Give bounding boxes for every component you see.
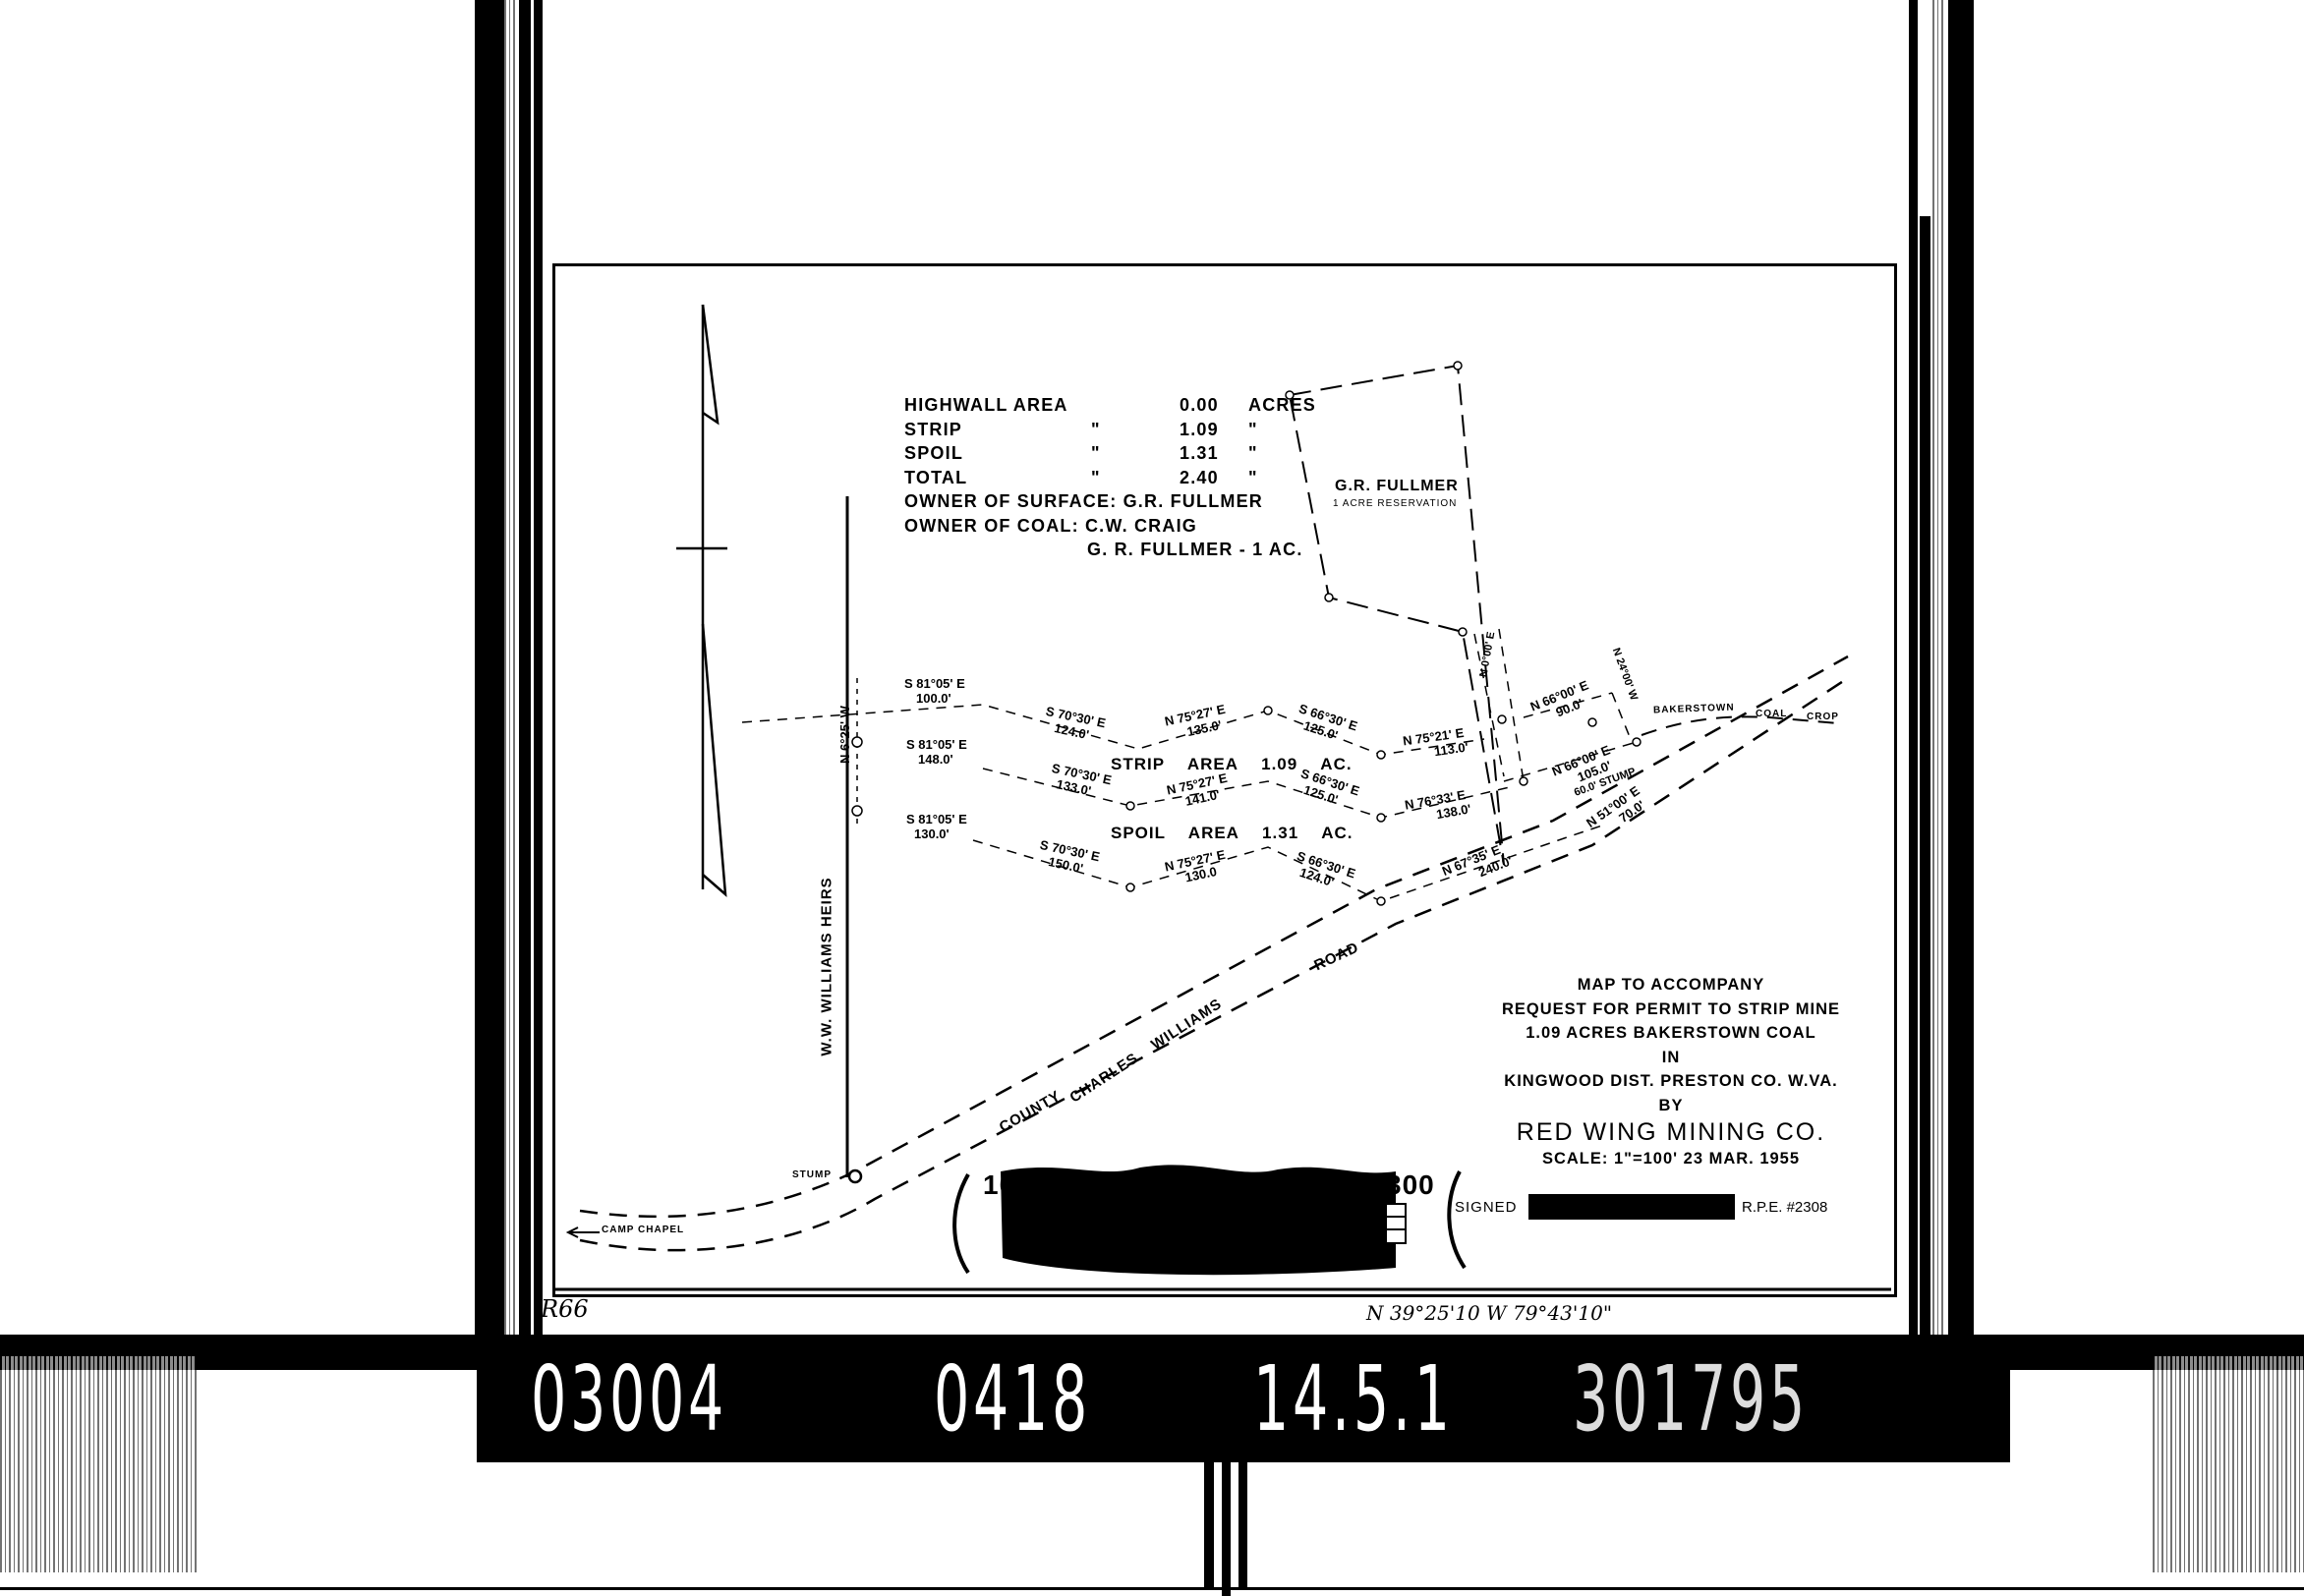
adjoiner-west: W.W. WILLIAMS HEIRS (819, 877, 835, 1055)
camp-chapel-label: CAMP CHAPEL (602, 1225, 684, 1235)
owner-surface: G.R. FULLMER (1123, 489, 1263, 514)
rpe-number: R.P.E. #2308 (1742, 1199, 1827, 1216)
scale-bar-redaction (1001, 1165, 1396, 1275)
reservation-owner: G.R. FULLMER (1335, 478, 1459, 495)
scale-date: SCALE: 1"=100' 23 MAR. 1955 (1415, 1147, 1927, 1171)
company-name: RED WING MINING CO. (1415, 1117, 1927, 1147)
bearing-11: S 81°05' E130.0' (906, 812, 967, 841)
stump-marker-icon (849, 1170, 861, 1182)
bearing-6: S 81°05' E148.0' (906, 737, 967, 767)
owner-coal-2: G. R. FULLMER - 1 AC. (1087, 538, 1303, 562)
sheet-reference: R66 (541, 1295, 589, 1323)
bearing-19: N 6°25' W (837, 706, 852, 764)
crop-label-3: CROP (1807, 712, 1839, 722)
bearing-1: S 81°05' E100.0' (904, 676, 965, 706)
north-arrow-icon (676, 305, 727, 894)
spoil-area-label: SPOIL AREA 1.31 AC. (1111, 824, 1354, 843)
signed-label: SIGNED (1455, 1199, 1518, 1216)
scale-bar-left: 10 (983, 1169, 1015, 1201)
signature-redaction (1528, 1194, 1735, 1220)
owner-coal-label: OWNER OF COAL: (904, 514, 1079, 539)
map-linework (0, 0, 2304, 1596)
owner-coal: C.W. CRAIG (1085, 514, 1197, 539)
scale-bar-right: 300 (1386, 1169, 1435, 1201)
coordinates: N 39°25'10 W 79°43'10" (1366, 1301, 1612, 1325)
title-block: MAP TO ACCOMPANY REQUEST FOR PERMIT TO S… (1415, 973, 1927, 1171)
acreage-summary: HIGHWALL AREA0.00ACRES STRIP"1.09" SPOIL… (904, 393, 1316, 562)
crop-label-2: COAL (1756, 709, 1787, 719)
stump-label: STUMP (792, 1169, 832, 1180)
reservation-note: 1 ACRE RESERVATION (1333, 498, 1457, 509)
owner-surface-label: OWNER OF SURFACE: (904, 489, 1117, 514)
